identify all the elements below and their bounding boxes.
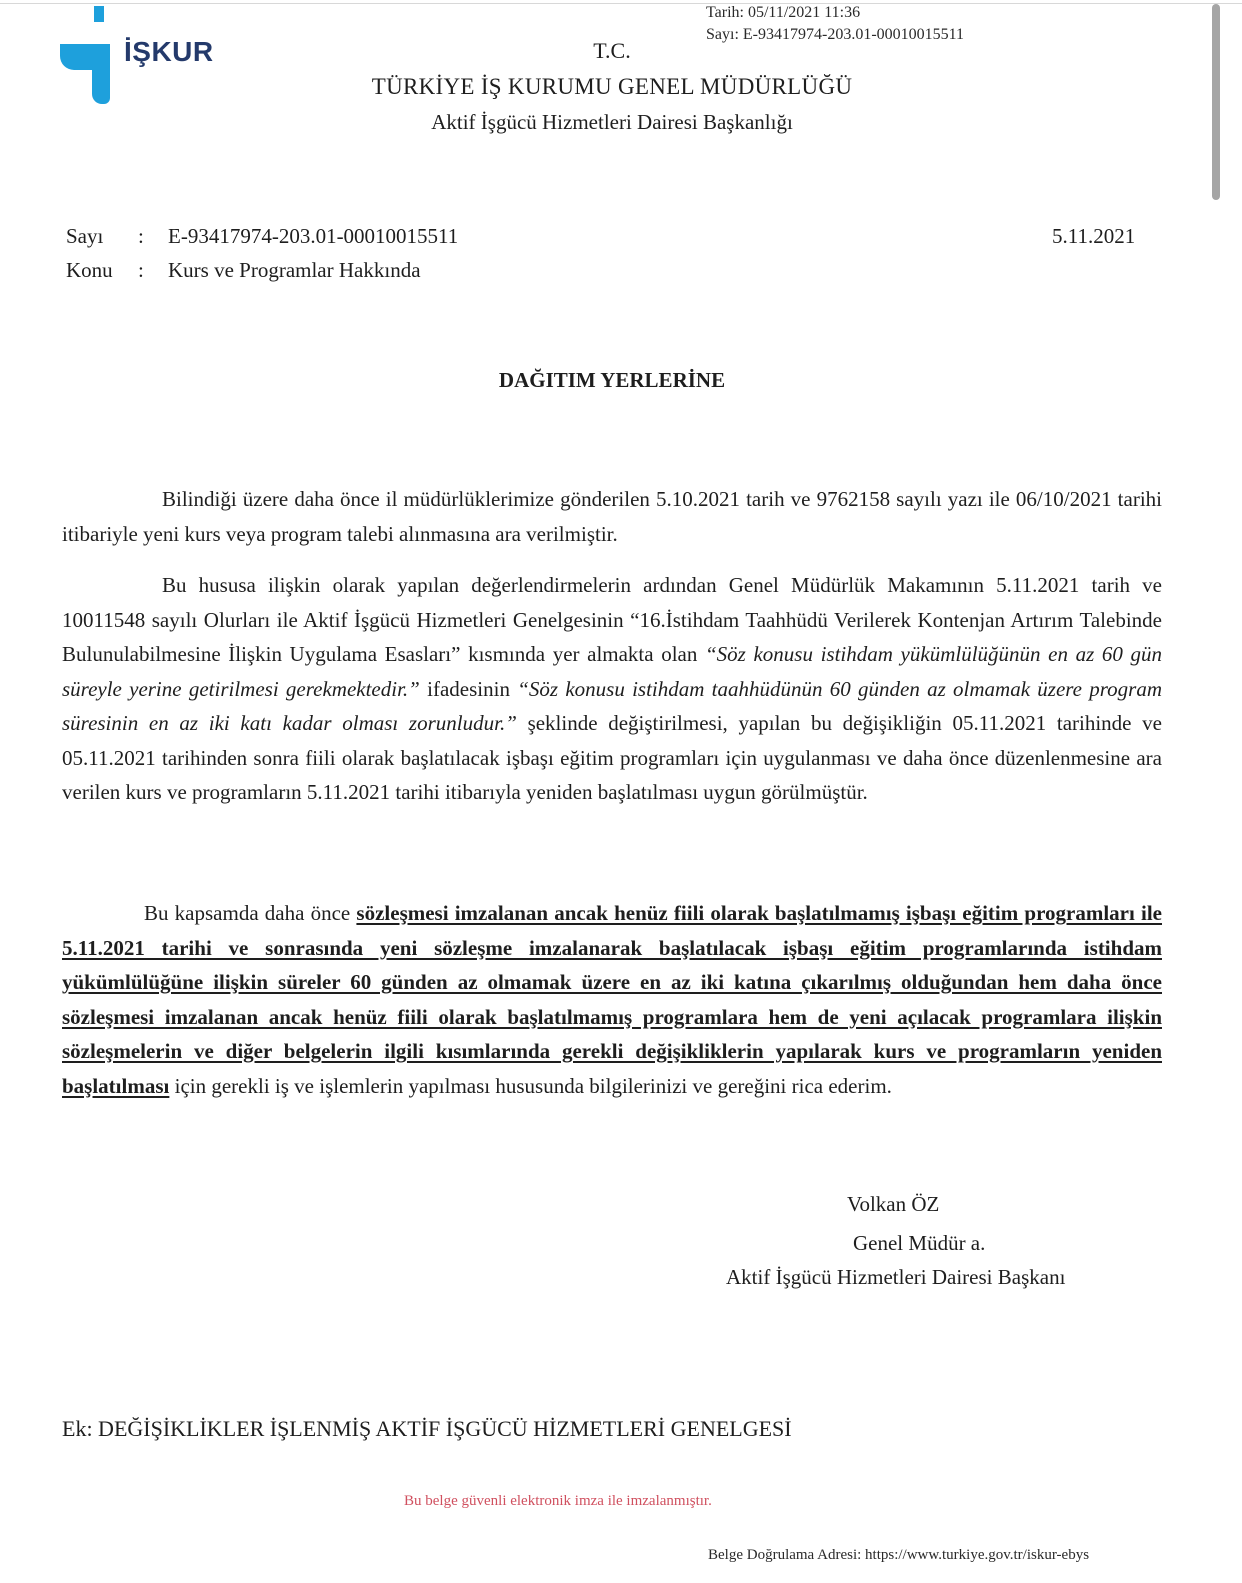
sayi-colon: : <box>138 224 168 249</box>
paragraph-2: Bu hususa ilişkin olarak yapılan değerle… <box>62 568 1162 810</box>
vertical-scrollbar[interactable] <box>1212 4 1220 200</box>
stamp-date: Tarih: 05/11/2021 11:36 <box>706 2 964 24</box>
meta-konu: Konu:Kurs ve Programlar Hakkında <box>66 258 421 283</box>
konu-value: Kurs ve Programlar Hakkında <box>168 258 421 282</box>
verification-address[interactable]: Belge Doğrulama Adresi: https://www.turk… <box>708 1547 1089 1564</box>
paragraph-1-text: Bilindiği üzere daha önce il müdürlükler… <box>62 487 1162 546</box>
signatory-department: Aktif İşgücü Hizmetleri Dairesi Başkanı <box>726 1265 1065 1290</box>
konu-label: Konu <box>66 258 138 283</box>
header-tc: T.C. <box>0 38 1224 64</box>
signatory-role: Genel Müdür a. <box>853 1231 985 1256</box>
paragraph-3-text-a: Bu kapsamda daha önce <box>144 901 356 925</box>
signatory-name: Volkan ÖZ <box>847 1192 939 1217</box>
header-organization: TÜRKİYE İŞ KURUMU GENEL MÜDÜRLÜĞÜ <box>0 74 1224 100</box>
meta-sayi: Sayı:E-93417974-203.01-00010015511 <box>66 224 458 249</box>
esignature-note: Bu belge güvenli elektronik imza ile imz… <box>404 1493 712 1510</box>
sayi-label: Sayı <box>66 224 138 249</box>
header-department: Aktif İşgücü Hizmetleri Dairesi Başkanlı… <box>0 110 1224 135</box>
document-date: 5.11.2021 <box>1052 224 1135 249</box>
paragraph-1: Bilindiği üzere daha önce il müdürlükler… <box>62 482 1162 551</box>
paragraph-3-underlined: sözleşmesi imzalanan ancak henüz fiili o… <box>62 901 1162 1098</box>
paragraph-2-text-b: ifadesinin <box>420 677 517 701</box>
konu-colon: : <box>138 258 168 283</box>
paragraph-3-text-b: için gerekli iş ve işlemlerin yapılması … <box>169 1074 892 1098</box>
sayi-value: E-93417974-203.01-00010015511 <box>168 224 458 248</box>
paragraph-3: Bu kapsamda daha önce sözleşmesi imzalan… <box>62 896 1162 1103</box>
attachment-note: Ek: DEĞİŞİKLİKLER İŞLENMİŞ AKTİF İŞGÜCÜ … <box>62 1416 792 1442</box>
page-top-border <box>0 3 1242 4</box>
document-title: DAĞITIM YERLERİNE <box>0 368 1224 393</box>
